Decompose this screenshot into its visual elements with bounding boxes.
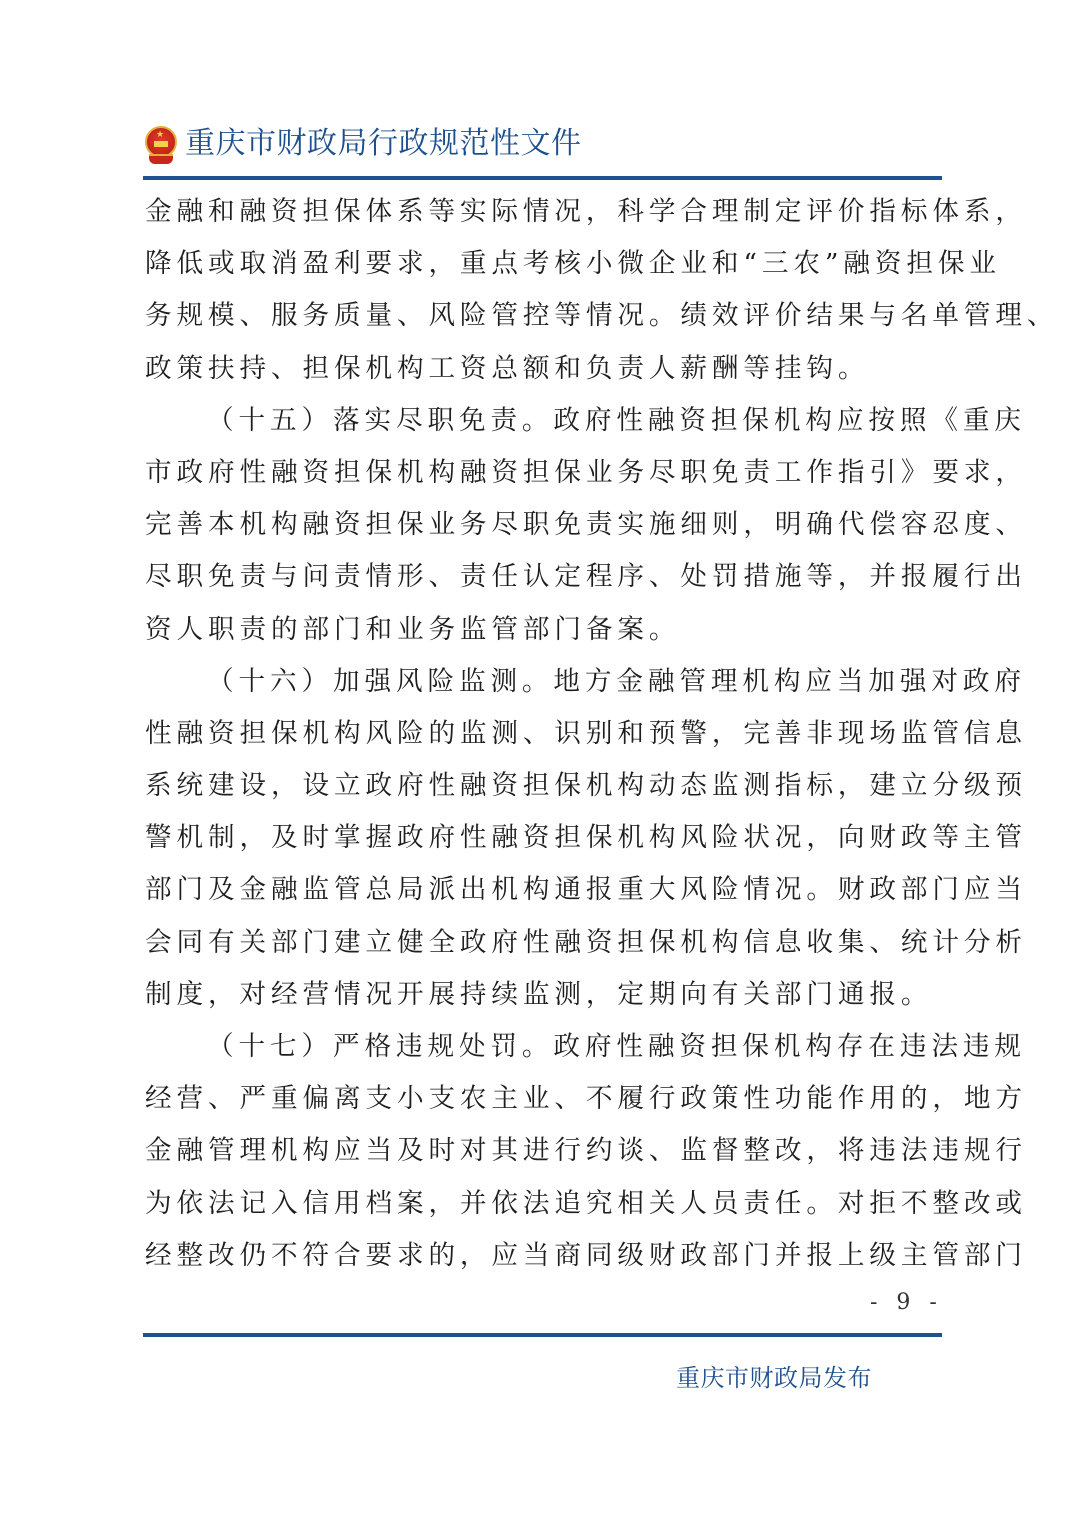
text-line: 部门及金融监管总局派出机构通报重大风险情况。财政部门应当 [145,864,945,916]
publisher-label: 重庆市财政局发布 [676,1358,872,1393]
text-line: 市政府性融资担保机构融资担保业务尽职免责工作指引》要求， [145,447,945,499]
text-line: 经营、严重偏离支小支农主业、不履行政策性功能作用的，地方 [145,1073,945,1125]
text-line: （十五）落实尽职免责。政府性融资担保机构应按照《重庆 [145,395,945,447]
text-line: 金融和融资担保体系等实际情况，科学合理制定评价指标体系， [145,186,945,238]
text-line: 性融资担保机构风险的监测、识别和预警，完善非现场监管信息 [145,708,945,760]
text-line: 系统建设，设立政府性融资担保机构动态监测指标，建立分级预 [145,760,945,812]
page-number: - 9 - [870,1290,943,1315]
text-line: 为依法记入信用档案，并依法追究相关人员责任。对拒不整改或 [145,1178,945,1230]
text-line: 制度，对经营情况开展持续监测，定期向有关部门通报。 [145,969,945,1021]
body-text: 金融和融资担保体系等实际情况，科学合理制定评价指标体系，降低或取消盈利要求，重点… [145,186,945,1282]
document-page: ★ 重庆市财政局行政规范性文件 金融和融资担保体系等实际情况，科学合理制定评价指… [0,0,1074,1520]
text-line: （十七）严格违规处罚。政府性融资担保机构存在违法违规 [145,1021,945,1073]
text-line: 资人职责的部门和业务监管部门备案。 [145,604,945,656]
text-line: （十六）加强风险监测。地方金融管理机构应当加强对政府 [145,656,945,708]
header-divider [143,176,942,180]
text-line: 经整改仍不符合要求的，应当商同级财政部门并报上级主管部门 [145,1230,945,1282]
header-title: 重庆市财政局行政规范性文件 [185,122,582,166]
text-line: 务规模、服务质量、风险管控等情况。绩效评价结果与名单管理、 [145,290,945,342]
text-line: 尽职免责与问责情形、责任认定程序、处罚措施等，并报履行出 [145,551,945,603]
text-line: 完善本机构融资担保业务尽职免责实施细则，明确代偿容忍度、 [145,499,945,551]
national-emblem-icon: ★ [143,124,179,164]
document-header: ★ 重庆市财政局行政规范性文件 [143,122,582,166]
text-line: 政策扶持、担保机构工资总额和负责人薪酬等挂钩。 [145,343,945,395]
text-line: 会同有关部门建立健全政府性融资担保机构信息收集、统计分析 [145,917,945,969]
text-line: 降低或取消盈利要求，重点考核小微企业和“三农”融资担保业 [145,238,945,290]
text-line: 金融管理机构应当及时对其进行约谈、监督整改，将违法违规行 [145,1125,945,1177]
text-line: 警机制，及时掌握政府性融资担保机构风险状况，向财政等主管 [145,812,945,864]
footer-divider [143,1333,942,1337]
